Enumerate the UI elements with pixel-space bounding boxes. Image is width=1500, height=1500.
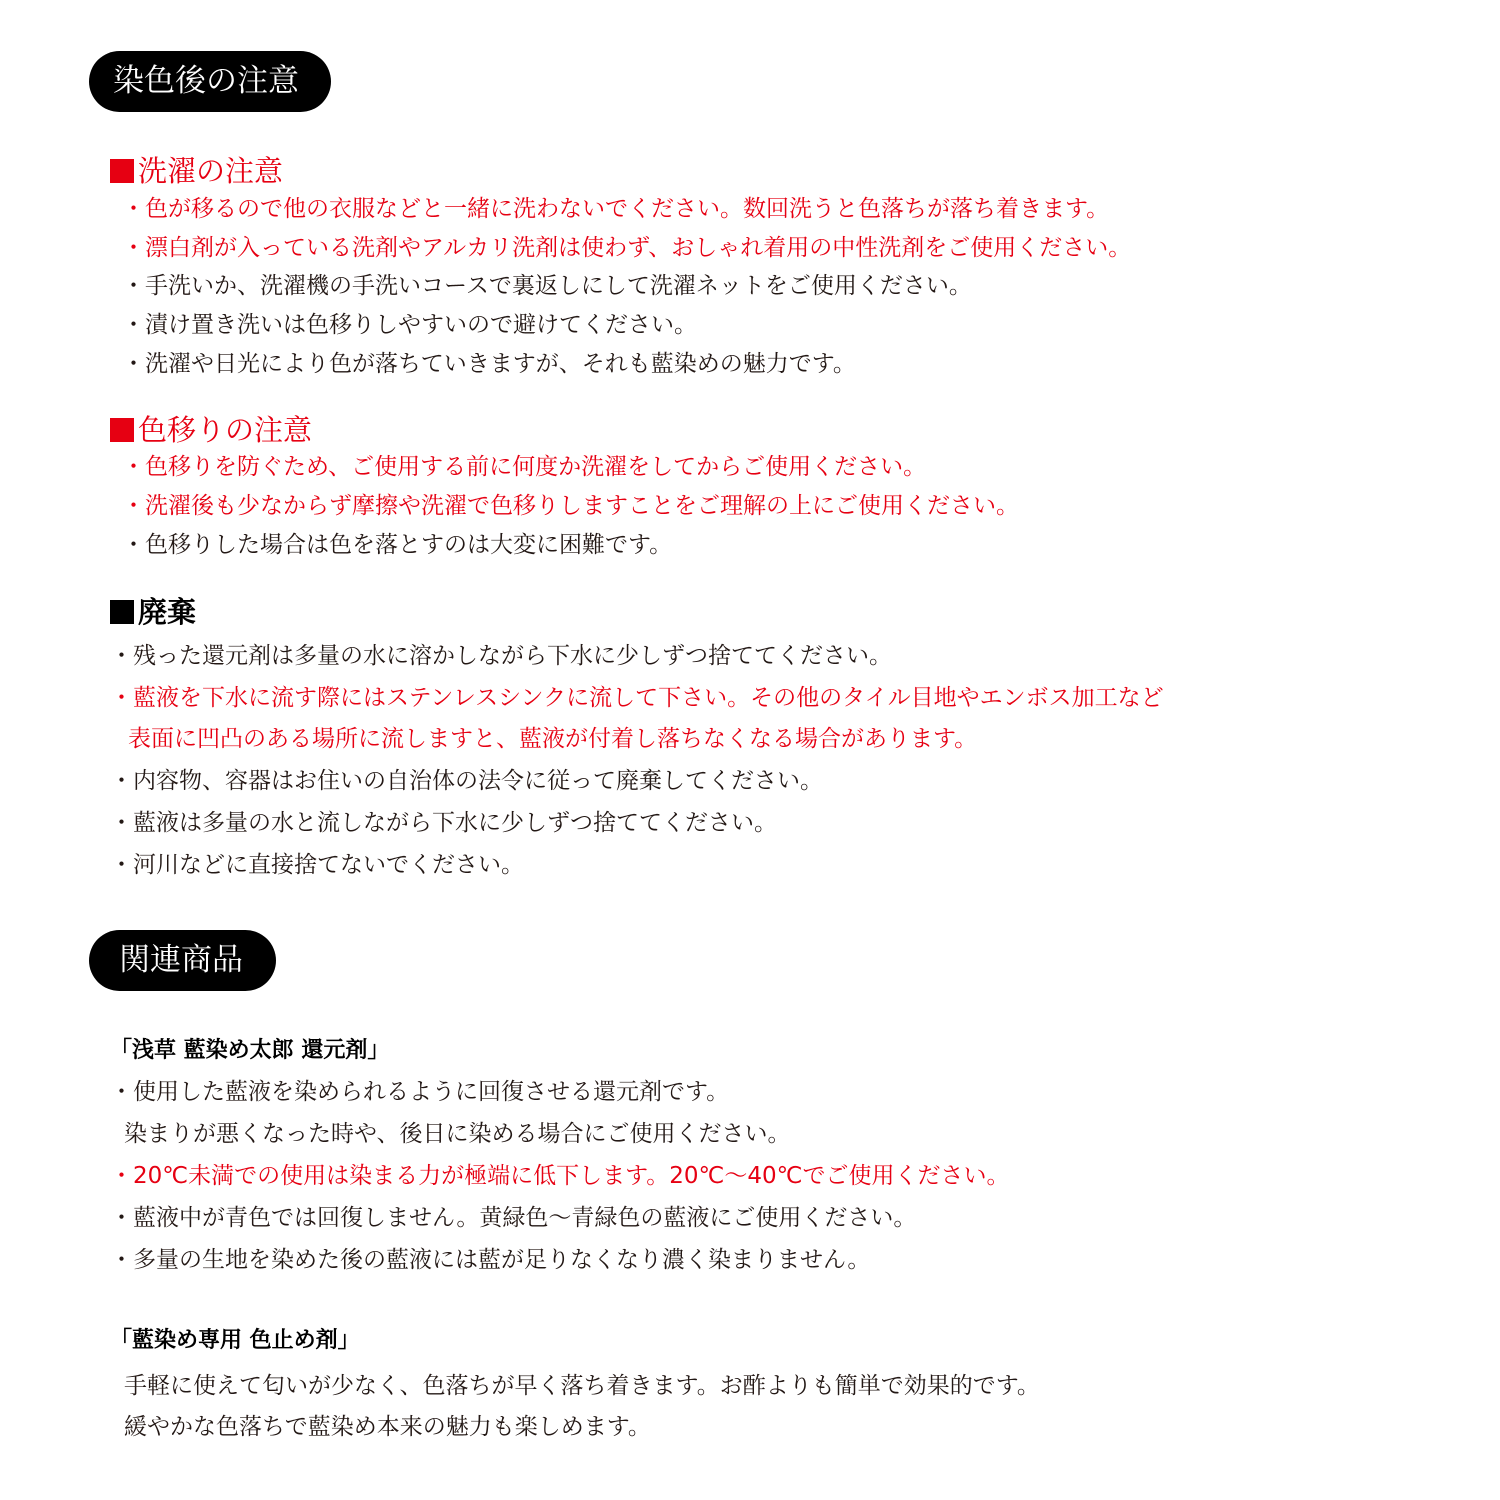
disposal-line-1: ・残った還元剤は多量の水に溶かしながら下水に少しずつ捨ててください。: [110, 641, 892, 671]
washing-line-3: ・手洗いか、洗濯機の手洗いコースで裏返しにして洗濯ネットをご使用ください。: [122, 271, 972, 301]
disposal-line-4: ・内容物、容器はお住いの自治体の法令に従って廃棄してください。: [110, 766, 823, 796]
product-name-reducing-agent: 「浅草 藍染め太郎 還元剤」: [110, 1036, 389, 1066]
product1-line-5: ・多量の生地を染めた後の藍液には藍が足りなくなり濃く染まりません。: [110, 1245, 870, 1275]
washing-line-5: ・洗濯や日光により色が落ちていきますが、それも藍染めの魅力です。: [122, 349, 856, 379]
heading-disposal-label: 廃棄: [138, 594, 196, 630]
heading-washing: 洗濯の注意: [110, 153, 283, 189]
heading-color-transfer-label: 色移りの注意: [138, 412, 312, 448]
black-square-bullet-icon: [110, 600, 134, 624]
heading-disposal: 廃棄: [110, 594, 196, 630]
disposal-line-3: 表面に凹凸のある場所に流しますと、藍液が付着し落ちなくなる場合があります。: [128, 724, 977, 754]
section-title-after-dyeing: 染色後の注意: [89, 51, 331, 112]
section-title-related-products: 関連商品: [89, 930, 276, 991]
washing-line-4: ・漬け置き洗いは色移りしやすいので避けてください。: [122, 310, 697, 340]
red-square-bullet-icon: [110, 418, 134, 442]
transfer-line-2: ・洗濯後も少なからず摩擦や洗濯で色移りしますことをご理解の上にご使用ください。: [122, 491, 1019, 521]
heading-color-transfer: 色移りの注意: [110, 412, 312, 448]
disposal-line-6: ・河川などに直接捨てないでください。: [110, 850, 524, 880]
product1-line-4: ・藍液中が青色では回復しません。黄緑色〜青緑色の藍液にご使用ください。: [110, 1203, 916, 1233]
washing-line-1: ・色が移るので他の衣服などと一緒に洗わないでください。数回洗うと色落ちが落ち着き…: [122, 194, 1109, 224]
red-square-bullet-icon: [110, 159, 134, 183]
heading-washing-label: 洗濯の注意: [138, 153, 283, 189]
washing-line-2: ・漂白剤が入っている洗剤やアルカリ洗剤は使わず、おしゃれ着用の中性洗剤をご使用く…: [122, 233, 1131, 263]
product-name-color-fixative: 「藍染め専用 色止め剤」: [110, 1326, 360, 1356]
transfer-line-1: ・色移りを防ぐため、ご使用する前に何度か洗濯をしてからご使用ください。: [122, 452, 926, 482]
product2-line-2: 緩やかな色落ちで藍染め本来の魅力も楽しめます。: [124, 1412, 651, 1442]
product1-line-2: 染まりが悪くなった時や、後日に染める場合にご使用ください。: [124, 1119, 791, 1149]
product1-line-3: ・20℃未満での使用は染まる力が極端に低下します。20℃〜40℃でご使用ください…: [110, 1161, 1009, 1191]
disposal-line-5: ・藍液は多量の水と流しながら下水に少しずつ捨ててください。: [110, 808, 777, 838]
product1-line-1: ・使用した藍液を染められるように回復させる還元剤です。: [110, 1077, 729, 1107]
transfer-line-3: ・色移りした場合は色を落とすのは大変に困難です。: [122, 530, 672, 560]
disposal-line-2: ・藍液を下水に流す際にはステンレスシンクに流して下さい。その他のタイル目地やエン…: [110, 683, 1164, 713]
product2-line-1: 手軽に使えて匂いが少なく、色落ちが早く落ち着きます。お酢よりも簡単で効果的です。: [124, 1371, 1040, 1401]
